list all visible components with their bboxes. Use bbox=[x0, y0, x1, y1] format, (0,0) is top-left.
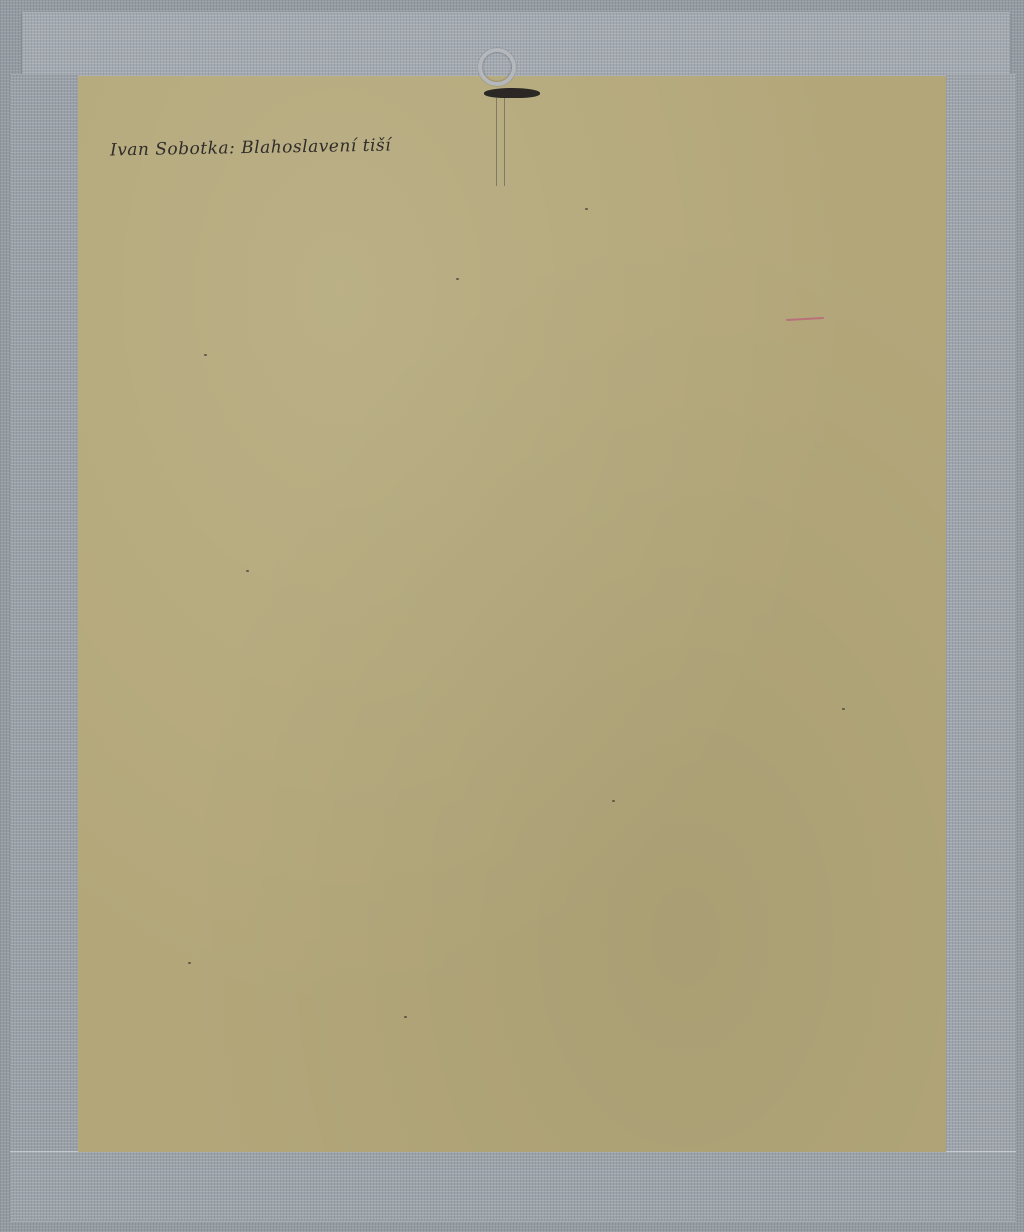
cardboard-backing bbox=[78, 76, 946, 1152]
pencil-line bbox=[504, 98, 505, 186]
linen-tape-bottom bbox=[10, 1152, 1016, 1222]
artwork-back-photo: Ivan Sobotka: Blahoslavení tiší bbox=[0, 0, 1024, 1232]
speck bbox=[612, 800, 615, 802]
ring-slot bbox=[484, 88, 540, 98]
speck bbox=[456, 278, 459, 280]
linen-tape-left bbox=[10, 74, 78, 1158]
speck bbox=[204, 354, 207, 356]
speck bbox=[246, 570, 249, 572]
speck bbox=[585, 208, 588, 210]
speck bbox=[842, 708, 845, 710]
pencil-line bbox=[496, 98, 497, 186]
hanging-ring-icon bbox=[478, 48, 516, 86]
speck bbox=[404, 1016, 407, 1018]
linen-tape-right bbox=[946, 74, 1016, 1158]
speck bbox=[188, 962, 191, 964]
linen-tape-top bbox=[22, 12, 1010, 76]
